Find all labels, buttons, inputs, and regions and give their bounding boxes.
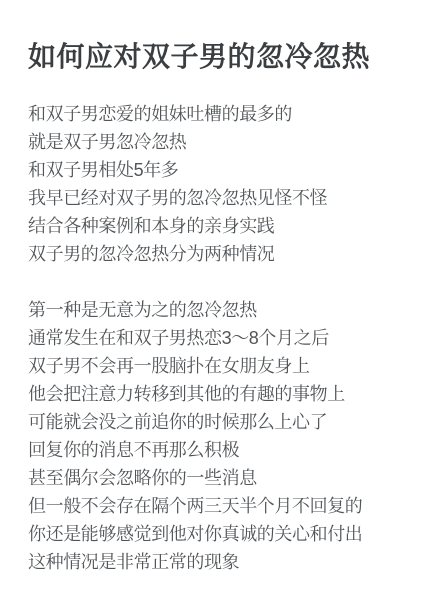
body-line: 这种情况是非常正常的现象	[28, 548, 397, 576]
page-title: 如何应对双子男的忽冷忽热	[28, 38, 397, 76]
body-line: 第一种是无意为之的忽冷忽热	[28, 296, 397, 324]
body-line: 他会把注意力转移到其他的有趣的事物上	[28, 380, 397, 408]
body-line: 甚至偶尔会忽略你的一些消息	[28, 464, 397, 492]
body-line: 和双子男恋爱的姐妹吐槽的最多的	[28, 100, 397, 128]
paragraph-intro: 和双子男恋爱的姐妹吐槽的最多的 就是双子男忽冷忽热 和双子男相处5年多 我早已经…	[28, 100, 397, 268]
body-line: 你还是能够感觉到他对你真诚的关心和付出	[28, 520, 397, 548]
note-page: 如何应对双子男的忽冷忽热 和双子男恋爱的姐妹吐槽的最多的 就是双子男忽冷忽热 和…	[0, 0, 421, 600]
paragraph-case-one: 第一种是无意为之的忽冷忽热 通常发生在和双子男热恋3～8个月之后 双子男不会再一…	[28, 296, 397, 576]
body-line: 通常发生在和双子男热恋3～8个月之后	[28, 324, 397, 352]
body-line: 我早已经对双子男的忽冷忽热见怪不怪	[28, 184, 397, 212]
body-line: 和双子男相处5年多	[28, 156, 397, 184]
body-line: 双子男的忽冷忽热分为两种情况	[28, 240, 397, 268]
body-line: 但一般不会存在隔个两三天半个月不回复的	[28, 492, 397, 520]
body-line: 结合各种案例和本身的亲身实践	[28, 212, 397, 240]
body-line: 可能就会没之前追你的时候那么上心了	[28, 408, 397, 436]
body-line: 回复你的消息不再那么积极	[28, 436, 397, 464]
body-line: 双子男不会再一股脑扑在女朋友身上	[28, 352, 397, 380]
body-line: 就是双子男忽冷忽热	[28, 128, 397, 156]
